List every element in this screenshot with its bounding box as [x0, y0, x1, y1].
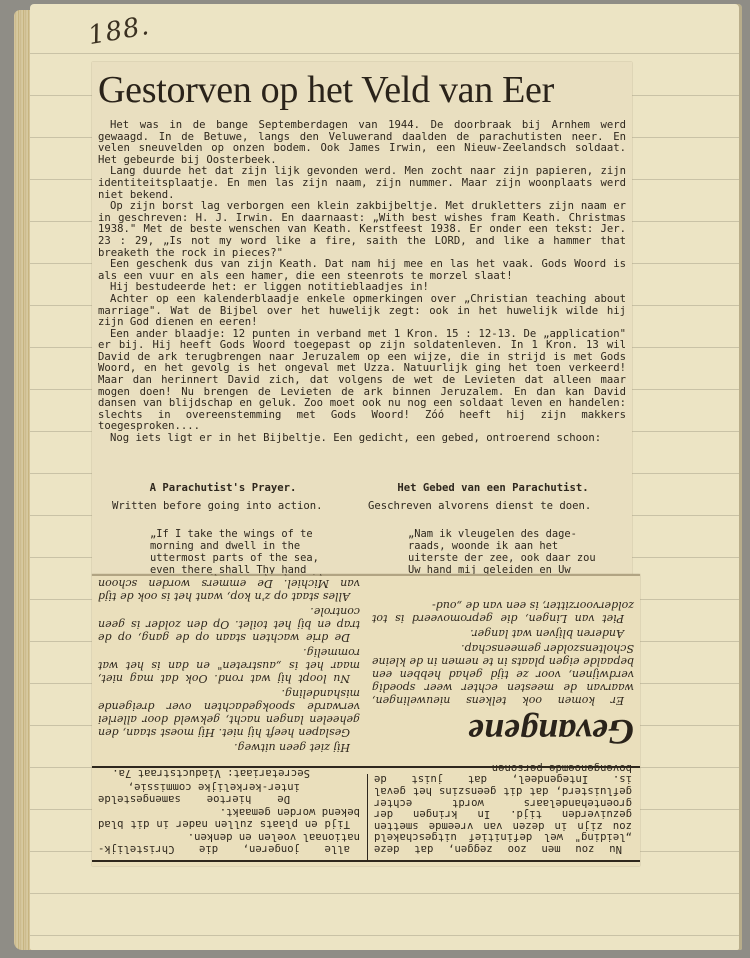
poem-subtitle: Written before going into action.	[112, 500, 348, 512]
clipping-paragraph: Er komen ook telkens nieuwelingen, waarv…	[372, 642, 634, 707]
clipping-paragraph: Secretariaat: Viaductstraat 7a.	[98, 767, 360, 779]
clipping-column-mono-left: alle jongeren, die Christelijk-nationaal…	[98, 765, 360, 854]
poem-line: „If I take the wings of te	[150, 528, 348, 540]
upside-down-newspaper-clipping: Nu zou men zoo zeggen, dat deze „leiding…	[92, 574, 640, 866]
clipping-overlap-edge	[92, 574, 640, 576]
poem-line: raads, woonde ik aan het	[408, 540, 618, 552]
article-paragraph: Een geschenk dus van zijn Keath. Dat nam…	[98, 259, 626, 282]
article-paragraph: Achter op een kalenderblaadje enkele opm…	[98, 294, 626, 329]
clipping-paragraph: De hiertoe samengestelde inter-kerkelijk…	[98, 780, 360, 803]
poem-lines: „Nam ik vleugelen des dage- raads, woond…	[408, 528, 618, 576]
poem-subtitle: Geschreven alvorens dienst te doen.	[368, 500, 618, 512]
clipping-paragraph: Piet van Lingen, die gepromoveerd is tot…	[372, 599, 634, 625]
poem-title: Het Gebed van een Parachutist.	[368, 482, 618, 494]
article-paragraph: Lang duurde het dat zijn lijk gevonden w…	[98, 166, 626, 201]
handwritten-page-number: 188.	[86, 11, 152, 51]
clipping-paragraph: Geslapen heeft hij niet. Hij moest staan…	[98, 687, 360, 739]
poem-english: A Parachutist's Prayer. Written before g…	[98, 482, 348, 576]
article-paragraph: Nog iets ligt er in het Bijbeltje. Een g…	[98, 433, 626, 445]
poem-line: uttermost parts of the sea,	[150, 552, 348, 564]
poem-title: A Parachutist's Prayer.	[98, 482, 348, 494]
clipping-paragraph: Hij ziet geen uitweg.	[98, 741, 360, 754]
clipping-paragraph: Nu zou men zoo zeggen, dat deze „leiding…	[374, 761, 632, 854]
clipping-paragraph: alle jongeren, die Christelijk-nationaal…	[98, 831, 360, 854]
clipping-paragraph: Nu loopt hij wat rond. Ook dat mag niet,…	[98, 646, 360, 685]
poem-line: morning and dwell in the	[150, 540, 348, 552]
article-paragraph: Op zijn borst lag verborgen een klein za…	[98, 201, 626, 259]
clipping-rule-top	[92, 860, 640, 862]
poem-dutch: Het Gebed van een Parachutist. Geschreve…	[368, 482, 618, 576]
clipping-heading-fragment: Gevangene	[372, 725, 634, 738]
clipping-paragraph: De drie wachten staan op de gang, op de …	[98, 605, 360, 644]
clipping-rule-middle	[92, 766, 640, 768]
article-paragraph: Een ander blaadje: 12 punten in verband …	[98, 329, 626, 433]
poem-line: uiterste der zee, ook daar zou	[408, 552, 618, 564]
clipping-column-italic-left: Hij ziet geen uitweg. Geslapen heeft hij…	[98, 574, 360, 754]
clipping-column-italic-right: Gevangene Er komen ook telkens nieuwelin…	[372, 597, 634, 762]
clipping-paragraph: Tijd en plaats zullen nader in dit blad …	[98, 806, 360, 829]
clipping-paragraph: Anderen blijven wat langer.	[372, 627, 634, 640]
article-paragraph: Het was in de bange Septemberdagen van 1…	[98, 120, 626, 166]
clipping-column-mono-right: Nu zou men zoo zeggen, dat deze „leiding…	[374, 759, 632, 854]
column-divider	[367, 774, 368, 860]
poem-line: „Nam ik vleugelen des dage-	[408, 528, 618, 540]
article-headline: Gestorven op het Veld van Eer	[98, 68, 628, 112]
poem-lines: „If I take the wings of te morning and d…	[150, 528, 348, 576]
newspaper-clipping-article: Gestorven op het Veld van Eer Het was in…	[92, 62, 632, 576]
article-body: Het was in de bange Septemberdagen van 1…	[98, 120, 626, 445]
clipping-paragraph: Alles staat op z'n kop, want het is ook …	[98, 574, 360, 603]
